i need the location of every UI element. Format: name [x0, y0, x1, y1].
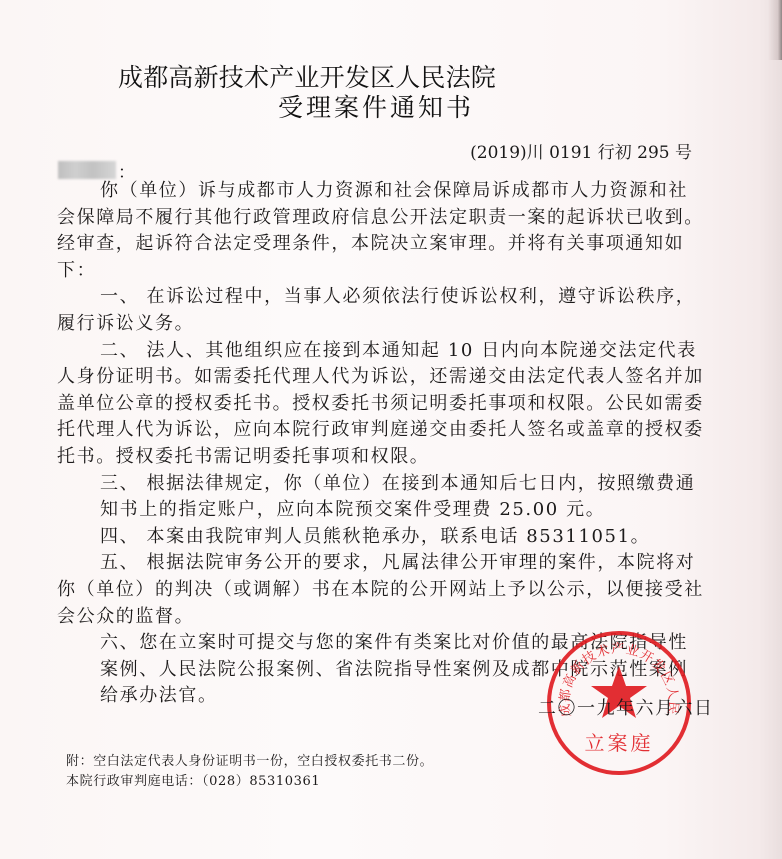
addressee: ：	[58, 160, 135, 180]
document-page: 成都高新技术产业开发区人民法院 受理案件通知书 (2019)川 0191 行初 …	[0, 0, 782, 859]
seal-center-text: 立案庭	[585, 731, 654, 755]
issue-date: 二〇一九年六月六日	[538, 694, 714, 720]
court-phone: 本院行政审判庭电话：（028）85310361	[66, 772, 433, 792]
footer-notes: 附：空白法定代表人身份证明书一份，空白授权委托书二份。 本院行政审判庭电话：（0…	[66, 752, 433, 792]
paragraph-item-5: 五、 根据法院审务公开的要求，凡属法律公开审理的案件，本院将对你（单位）的判决（…	[57, 550, 705, 630]
paragraph-item-2: 二、 法人、其他组织应在接到本通知起 10 日内向本院递交法定代表人身份证明书。…	[57, 338, 705, 471]
paragraph-item-1: 一、 在诉讼过程中，当事人必须依法行使诉讼权利，遵守诉讼秩序，履行诉讼义务。	[57, 284, 705, 337]
paragraph-item-4: 四、 本案由我院审判人员熊秋艳承办，联系电话 85311051。	[57, 524, 705, 551]
case-number: (2019)川 0191 行初 295 号	[470, 138, 692, 163]
paragraph-item-3: 三、 根据法律规定，你（单位）在接到本通知后七日内，按照缴费通知书上的指定账户，…	[57, 471, 705, 524]
paragraph-intro: 你（单位）诉与成都市人力资源和社会保障局诉成都市人力资源和社会保障局不履行其他行…	[57, 178, 705, 284]
page-edge-shadow	[768, 0, 782, 60]
attachment-note: 附：空白法定代表人身份证明书一份，空白授权委托书二份。	[66, 752, 433, 772]
redacted-name	[58, 161, 116, 179]
document-title: 受理案件通知书	[278, 88, 474, 124]
